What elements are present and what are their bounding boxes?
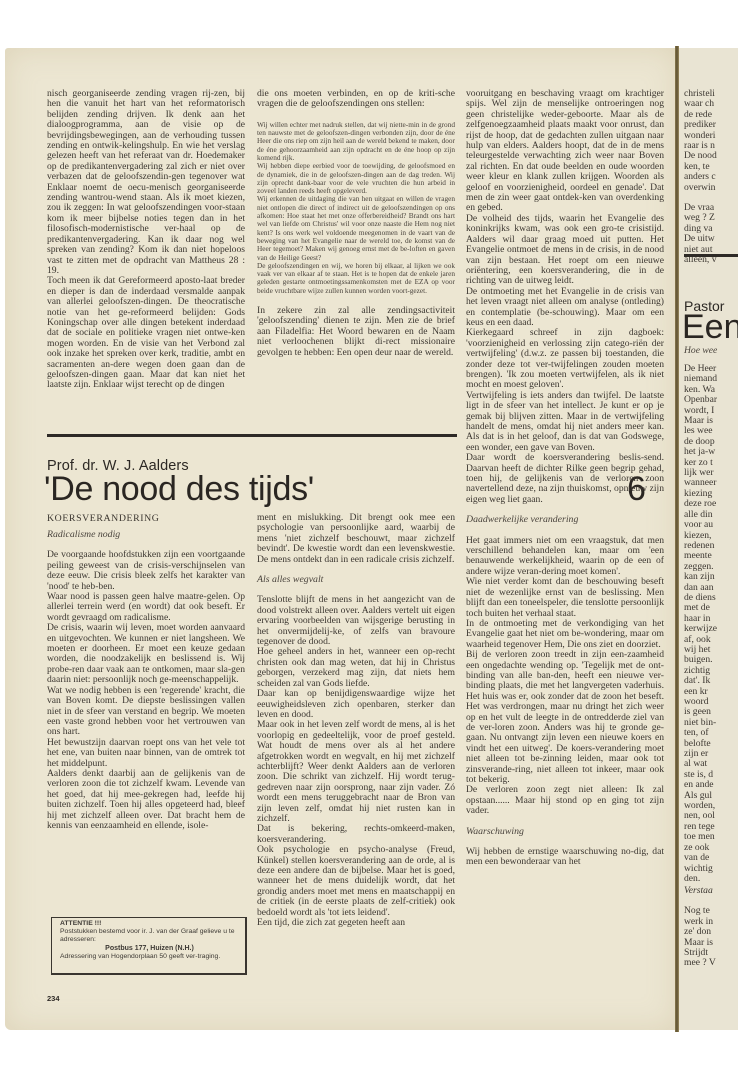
paragraph: De volheid des tijds, waarin het Evangel… [466,214,664,287]
paragraph: Bij de verloren zoon treedt in zijn een-… [466,650,664,785]
paragraph: Daar wordt de koersverandering beslis-se… [466,453,664,505]
notice-heading: ATTENTIE !!! [60,920,239,928]
notice-box: ATTENTIE !!! Poststukken bestemd voor ir… [51,917,247,975]
paragraph: Wat we nodig hebben is een 'regerende' k… [47,686,245,738]
paragraph: Een tijd, die zich zat gegeten heeft aan [257,918,455,928]
paragraph: ment en mislukking. Dit brengt ook mee e… [257,513,455,565]
paragraph: Aalders denkt daarbij aan de gelijkenis … [47,769,245,831]
text-line: van de [684,853,717,863]
paragraph: De voorgaande hoofdstukken zijn een voor… [47,550,245,592]
article-column-3: vooruitgang en beschaving vraagt om krac… [466,89,664,868]
right-page-subtitle: Hoe wee [684,345,717,356]
subheading: Verstaa [684,886,716,896]
paragraph: Maar ook in het leven zelf wordt de mens… [257,720,455,824]
right-page-body-text: De Heerniemandken. WaOpenbarwordt, IMaar… [684,364,717,884]
paragraph: Hoe geheel anders in het, wanneer een op… [257,647,455,689]
paragraph: Tenslotte blijft de mens in het aangezic… [257,595,455,647]
top-column-2: die ons moeten verbinden, en op de kriti… [257,89,455,358]
quote-paragraph: Wij hebben diepe eerbied voor de toewijd… [257,162,455,195]
text-line: voor au [684,520,717,530]
paragraph: Toch meen ik dat Gereformeerd aposto-laa… [47,276,245,390]
subheading: Als alles wegvalt [257,575,455,585]
subheading: Daadwerkelijke verandering [466,515,664,525]
right-page-end-text: VerstaaNog tewerk inze' donMaar isStrijd… [684,886,716,969]
paragraph: vooruitgang en beschaving vraagt om krac… [466,89,664,214]
paragraph: Vertwijfeling is iets anders dan twijfel… [466,391,664,453]
text-line: mee ? V [684,958,716,968]
section-heading: KOERSVERANDERING [47,513,159,524]
right-page-divider-rule [684,254,738,257]
paragraph: Wij hebben de ernstige waarschuwing no-d… [466,847,664,868]
paragraph: In zekere zin zal alle zendingsactivitei… [257,306,455,358]
right-page-title: Een [682,308,738,346]
quote-paragraph: Wij willen echter met nadruk stellen, da… [257,121,455,162]
paragraph: Het bewustzijn daarvan roept ons van het… [47,738,245,769]
article-title: 'De nood des tijds' [44,470,314,508]
paragraph: In de ontmoeting met de verkondiging van… [466,619,664,650]
paragraph: De verloren zoon zegt niet alleen: Ik za… [466,785,664,816]
page-number: 234 [47,994,60,1003]
article-column-2: ment en mislukking. Dit brengt ook mee e… [257,513,455,928]
quote-paragraph: Wij erkennen de uitdaging die van hen ui… [257,195,455,261]
block-quote: Wij willen echter met nadruk stellen, da… [257,121,455,295]
quote-paragraph: De geloofszendingen en wij, we horen bij… [257,262,455,295]
notice-text: Poststukken bestemd voor ir. J. van der … [60,928,239,944]
subheading: Radicalisme nodig [47,530,245,540]
paragraph: Waar nood is passen geen halve maatre-ge… [47,592,245,623]
top-column-1: nisch georganiseerde zending vragen rij-… [47,89,245,391]
notice-address: Postbus 177, Huizen (N.H.) [60,945,239,953]
paragraph: Het gaat immers niet om een vraagstuk, d… [466,536,664,578]
text-line: kerwijze [684,624,717,634]
right-page-top-text: christeli waar ch de rede prediker wonde… [684,89,717,266]
section-divider-rule [47,434,457,437]
paragraph: De crisis, waarin wij leven, moet worden… [47,623,245,685]
paragraph: Wie niet verder komt dan de beschouwing … [466,577,664,619]
subheading: Waarschuwing [466,827,664,837]
paragraph: nisch georganiseerde zending vragen rij-… [47,89,245,276]
text-line: den. [684,874,717,884]
text-line: kan zijn [684,572,717,582]
paragraph: De ontmoeting met het Evangelie in de cr… [466,287,664,329]
notice-text: Adressering van Hogendorplaan 50 geeft v… [60,953,239,961]
article-column-1: Radicalisme nodig De voorgaande hoofdstu… [47,530,245,831]
paragraph: Daar kan op benijdigenswaardige wijze he… [257,689,455,720]
paragraph: Dat is bekering, rechts-omkeerd-maken, k… [257,824,455,845]
paragraph: Ook psychologie en psycho-analyse (Freud… [257,845,455,918]
text-line: overwin [684,183,717,193]
paragraph: Kierkegaard schreef in zijn dagboek: 'vo… [466,328,664,390]
paragraph: die ons moeten verbinden, en op de kriti… [257,89,455,110]
